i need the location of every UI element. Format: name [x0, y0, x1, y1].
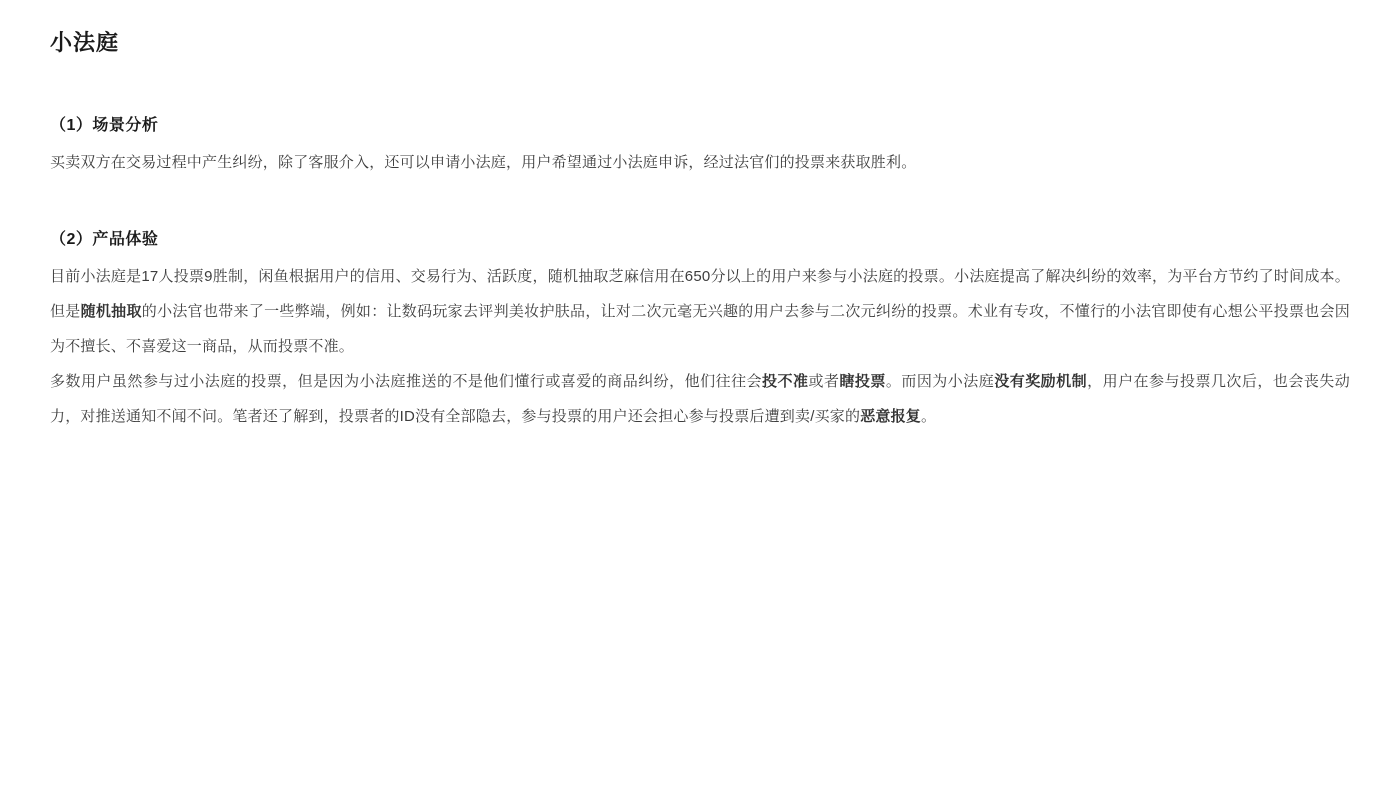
- paragraph: 目前小法庭是17人投票9胜制，闲鱼根据用户的信用、交易行为、活跃度，随机抽取芝麻…: [50, 259, 1350, 364]
- text-run: 。而因为小法庭: [886, 373, 994, 390]
- text-run: 的小法官也带来了一些弊端，例如：让数码玩家去评判美妆护肤品，让对二次元毫无兴趣的…: [50, 303, 1350, 355]
- sections-container: （1）场景分析买卖双方在交易过程中产生纠纷，除了客服介入，还可以申请小法庭，用户…: [50, 116, 1350, 434]
- page-title: 小法庭: [50, 30, 1350, 56]
- paragraph: 买卖双方在交易过程中产生纠纷，除了客服介入，还可以申请小法庭，用户希望通过小法庭…: [50, 145, 1350, 180]
- text-run: 多数用户虽然参与过小法庭的投票，但是因为小法庭推送的不是他们懂行或喜爱的商品纠纷…: [50, 373, 762, 390]
- paragraph: 多数用户虽然参与过小法庭的投票，但是因为小法庭推送的不是他们懂行或喜爱的商品纠纷…: [50, 364, 1350, 434]
- bold-text-run: 没有奖励机制: [994, 373, 1087, 390]
- bold-text-run: 随机抽取: [81, 303, 142, 320]
- bold-text-run: 投不准: [762, 373, 808, 390]
- bold-text-run: 瞎投票: [839, 373, 885, 390]
- section-heading-1: （1）场景分析: [50, 116, 1350, 136]
- bold-text-run: 恶意报复: [860, 408, 921, 425]
- text-run: 。: [921, 408, 936, 425]
- text-run: 或者: [808, 373, 839, 390]
- document-page: 小法庭 （1）场景分析买卖双方在交易过程中产生纠纷，除了客服介入，还可以申请小法…: [0, 0, 1400, 434]
- section-heading-2: （2）产品体验: [50, 230, 1350, 250]
- text-run: 买卖双方在交易过程中产生纠纷，除了客服介入，还可以申请小法庭，用户希望通过小法庭…: [50, 154, 916, 171]
